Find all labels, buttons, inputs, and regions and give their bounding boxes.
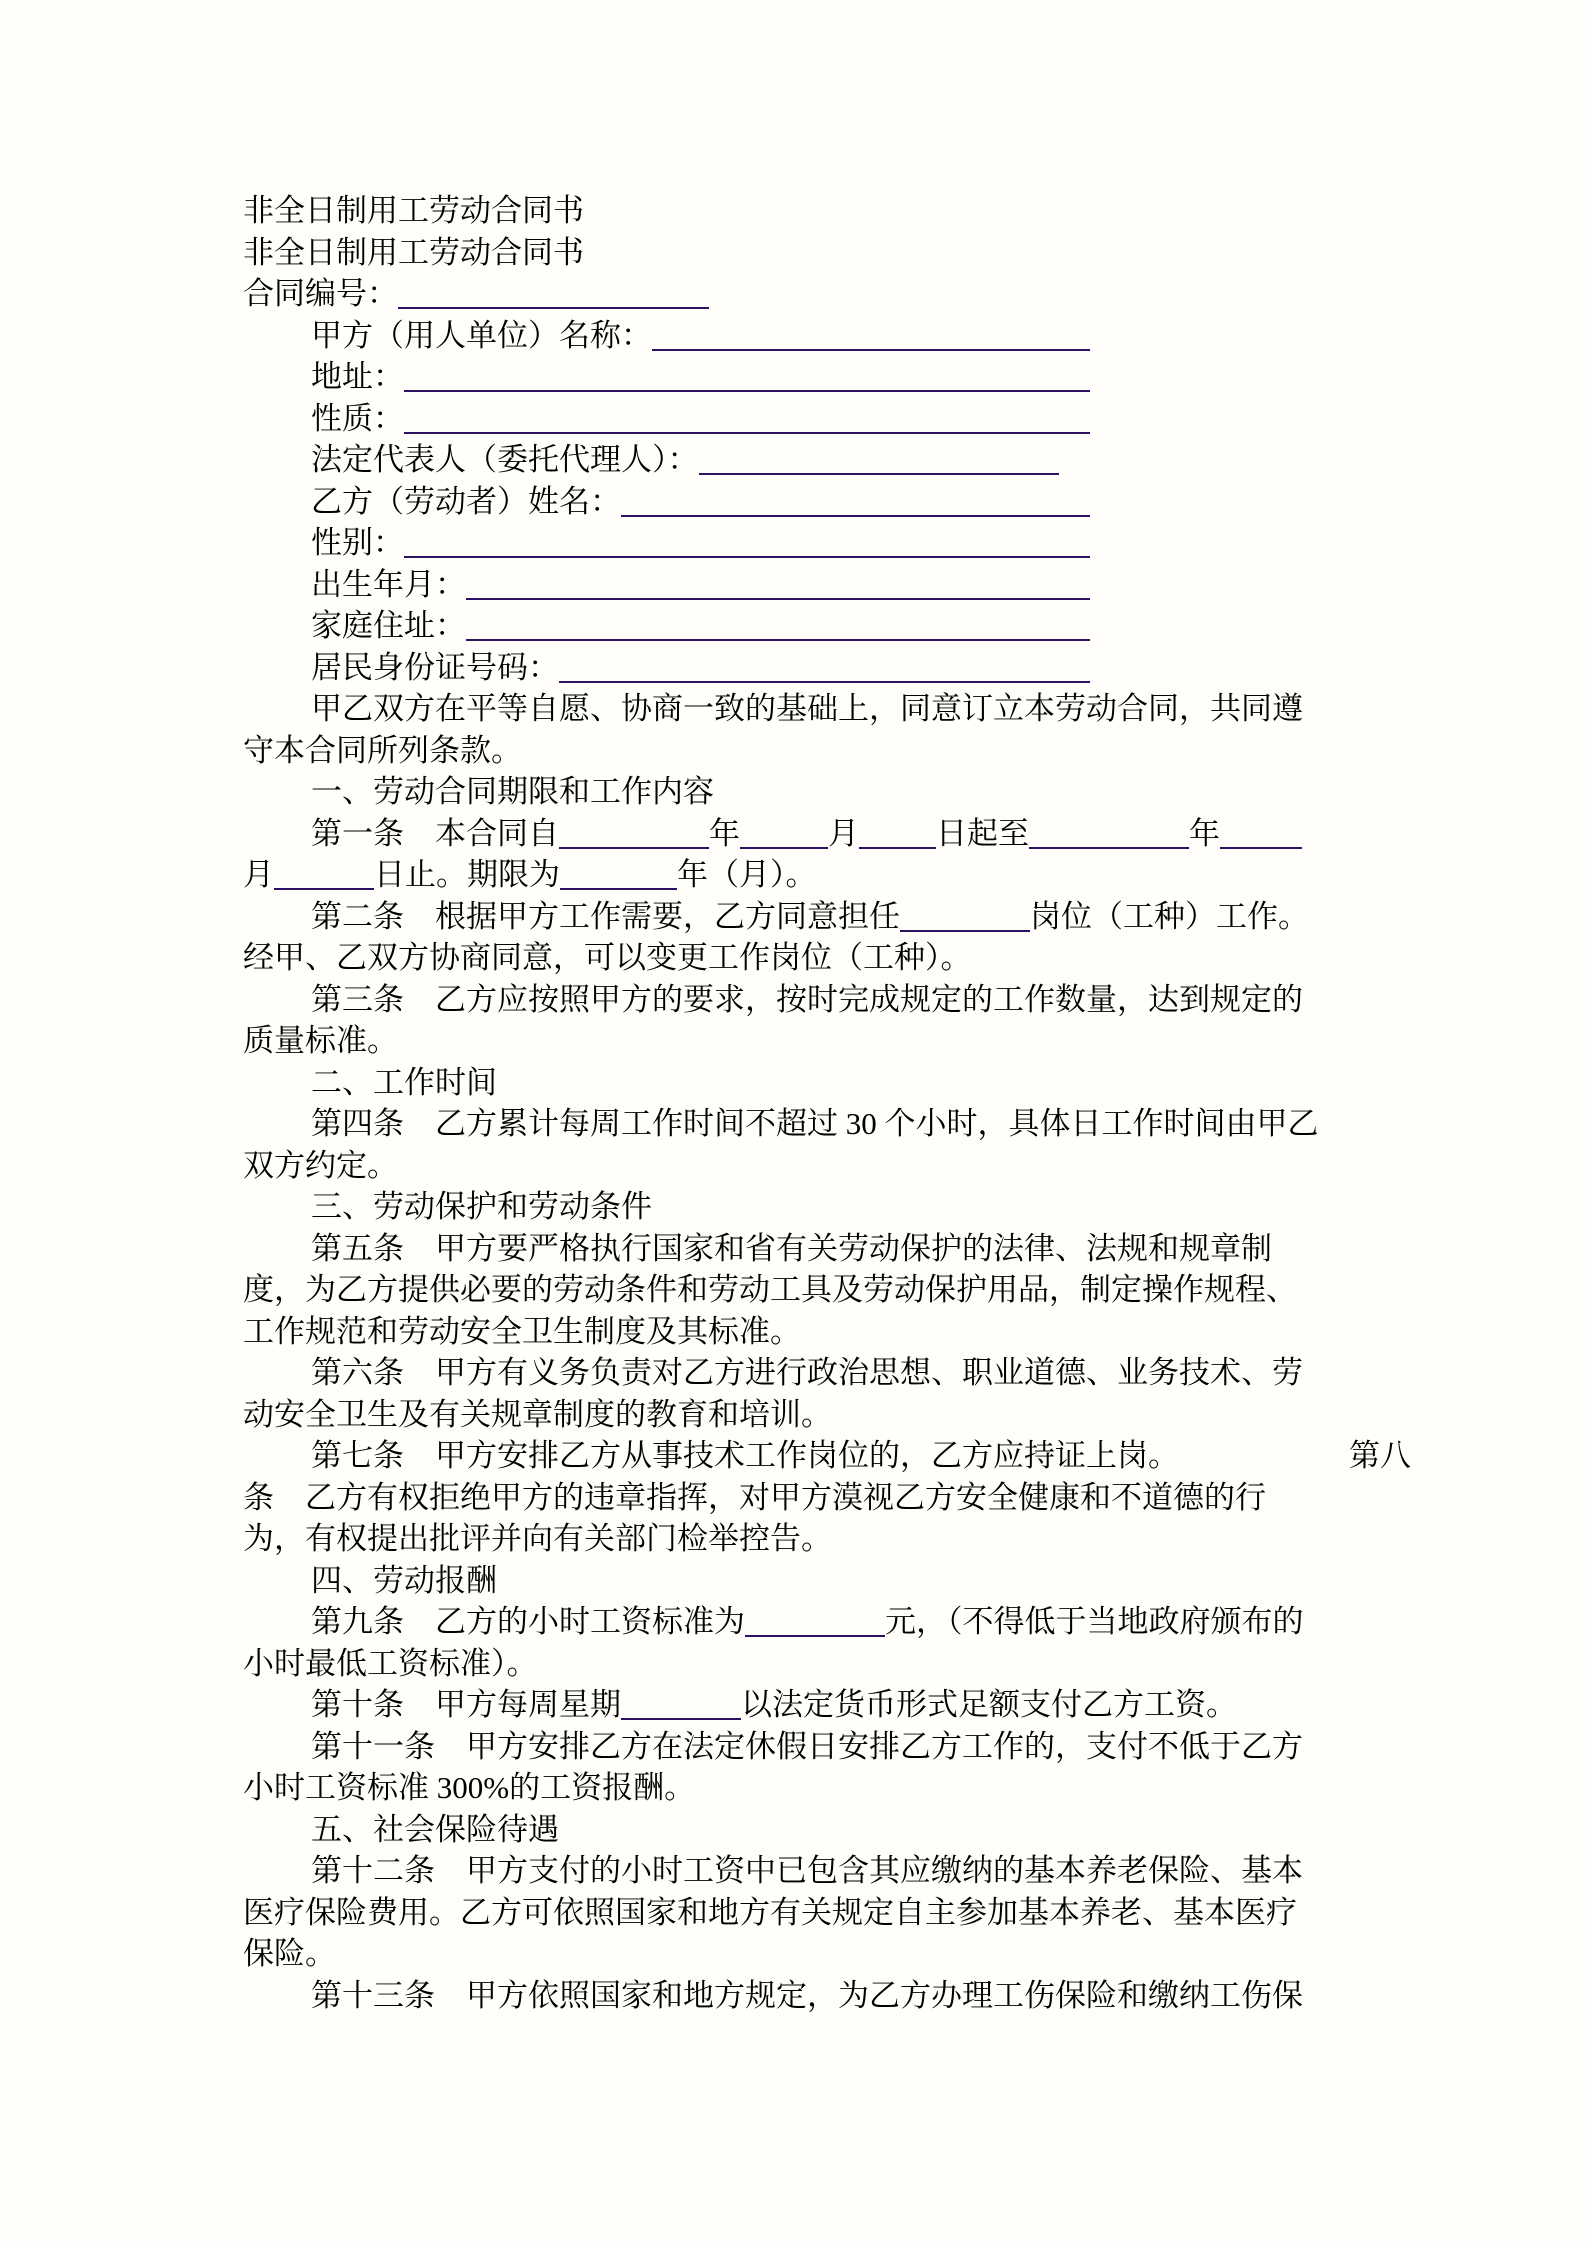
text-run: 年（月）。 (677, 857, 817, 892)
paragraph-line: 经甲、乙双方协商同意，可以变更工作岗位（工种）。 (243, 937, 1353, 979)
text-run: 日起至 (936, 816, 1029, 851)
blank-underline (621, 491, 1090, 517)
paragraph-line: 为，有权提出批评并向有关部门检举控告。 (243, 1518, 1353, 1560)
text-run: 第八 (1349, 1438, 1411, 1473)
paragraph-line: 质量标准。 (243, 1020, 1353, 1062)
text-run: 地址： (311, 359, 404, 394)
field-gender: 性别： (243, 522, 1353, 564)
article-line: 第七条 甲方安排乙方从事技术工作岗位的，乙方应持证上岗。第八 (243, 1435, 1353, 1477)
field-nature: 性质： (243, 398, 1353, 440)
blank-underline (621, 1694, 741, 1720)
paragraph-line: 守本合同所列条款。 (243, 730, 1353, 772)
blank-underline (466, 574, 1090, 600)
text-run: 非全日制用工劳动合同书 (243, 235, 584, 270)
article-line: 第一条 本合同自年月日起至年 (243, 813, 1353, 855)
article-line: 第五条 甲方要严格执行国家和省有关劳动保护的法律、法规和规章制 (243, 1228, 1353, 1270)
paragraph-line: 小时最低工资标准）。 (243, 1643, 1353, 1685)
text-run: 第四条 乙方累计每周工作时间不超过 30 个小时，具体日工作时间由甲乙 (311, 1106, 1319, 1141)
text-run: 度，为乙方提供必要的劳动条件和劳动工具及劳动保护用品，制定操作规程、 (243, 1272, 1297, 1307)
text-run: 以法定货币形式足额支付乙方工资。 (741, 1687, 1237, 1722)
article-line: 第九条 乙方的小时工资标准为元，（不得低于当地政府颁布的 (243, 1601, 1353, 1643)
title-line: 非全日制用工劳动合同书 (243, 190, 1353, 232)
article-line: 第四条 乙方累计每周工作时间不超过 30 个小时，具体日工作时间由甲乙 (243, 1103, 1353, 1145)
document-body: 非全日制用工劳动合同书非全日制用工劳动合同书合同编号：甲方（用人单位）名称：地址… (243, 190, 1353, 2016)
text-run: 医疗保险费用。乙方可依照国家和地方有关规定自主参加基本养老、基本医疗 (243, 1895, 1297, 1930)
field-party-b-name: 乙方（劳动者）姓名： (243, 481, 1353, 523)
article-line: 第十二条 甲方支付的小时工资中已包含其应缴纳的基本养老保险、基本 (243, 1850, 1353, 1892)
text-run: 合同编号： (243, 276, 398, 311)
paragraph-line: 保险。 (243, 1933, 1353, 1975)
blank-underline (560, 864, 677, 890)
contract-page: 非全日制用工劳动合同书非全日制用工劳动合同书合同编号：甲方（用人单位）名称：地址… (0, 0, 1586, 2244)
text-run: 质量标准。 (243, 1023, 398, 1058)
blank-underline (1029, 823, 1189, 849)
paragraph-line: 动安全卫生及有关规章制度的教育和培训。 (243, 1394, 1353, 1436)
text-run: 经甲、乙双方协商同意，可以变更工作岗位（工种）。 (243, 940, 972, 975)
text-run: 守本合同所列条款。 (243, 733, 522, 768)
field-party-a-name: 甲方（用人单位）名称： (243, 315, 1353, 357)
paragraph-line: 双方约定。 (243, 1145, 1353, 1187)
article-line: 月日止。期限为年（月）。 (243, 854, 1353, 896)
text-run: 四、劳动报酬 (311, 1563, 497, 1598)
title-line: 非全日制用工劳动合同书 (243, 232, 1353, 274)
text-run: 一、劳动合同期限和工作内容 (311, 774, 714, 809)
section-heading: 一、劳动合同期限和工作内容 (243, 771, 1353, 813)
text-run: 家庭住址： (311, 608, 466, 643)
text-run: 乙方（劳动者）姓名： (311, 484, 621, 519)
text-run: 第五条 甲方要严格执行国家和省有关劳动保护的法律、法规和规章制 (311, 1231, 1272, 1266)
text-run: 第三条 乙方应按照甲方的要求，按时完成规定的工作数量，达到规定的 (311, 982, 1303, 1017)
blank-underline (859, 823, 936, 849)
blank-underline (404, 366, 1090, 392)
text-run: 性别： (311, 525, 404, 560)
text-run: 非全日制用工劳动合同书 (243, 193, 584, 228)
blank-underline (559, 657, 1090, 683)
blank-underline (404, 532, 1090, 558)
article-line: 第二条 根据甲方工作需要，乙方同意担任岗位（工种）工作。 (243, 896, 1353, 938)
article-line: 第六条 甲方有义务负责对乙方进行政治思想、职业道德、业务技术、劳 (243, 1352, 1353, 1394)
paragraph-line: 小时工资标准 300%的工资报酬。 (243, 1767, 1353, 1809)
text-run: 第一条 本合同自 (311, 816, 559, 851)
blank-underline (900, 906, 1030, 932)
text-run: 法定代表人（委托代理人）： (311, 442, 699, 477)
section-heading: 五、社会保险待遇 (243, 1809, 1353, 1851)
text-run: 月 (243, 857, 274, 892)
blank-underline (1220, 823, 1302, 849)
text-run: 第二条 根据甲方工作需要，乙方同意担任 (311, 899, 900, 934)
text-run: 出生年月： (311, 567, 466, 602)
text-run: 五、社会保险待遇 (311, 1812, 559, 1847)
text-run: 甲乙双方在平等自愿、协商一致的基础上，同意订立本劳动合同，共同遵 (311, 691, 1303, 726)
text-run: 工作规范和劳动安全卫生制度及其标准。 (243, 1314, 801, 1349)
text-run: 二、工作时间 (311, 1065, 497, 1100)
text-run: 日止。期限为 (374, 857, 560, 892)
text-run: 元，（不得低于当地政府颁布的 (885, 1604, 1304, 1639)
text-run: 居民身份证号码： (311, 650, 559, 685)
text-run: 小时工资标准 300%的工资报酬。 (243, 1770, 695, 1805)
text-run: 第十二条 甲方支付的小时工资中已包含其应缴纳的基本养老保险、基本 (311, 1853, 1303, 1888)
text-run: 月 (828, 816, 859, 851)
article-line: 第三条 乙方应按照甲方的要求，按时完成规定的工作数量，达到规定的 (243, 979, 1353, 1021)
wide-space (1179, 1464, 1349, 1466)
text-run: 岗位（工种）工作。 (1030, 899, 1309, 934)
text-run: 第七条 甲方安排乙方从事技术工作岗位的，乙方应持证上岗。 (311, 1438, 1179, 1473)
field-contract-number: 合同编号： (243, 273, 1353, 315)
article-line: 第十三条 甲方依照国家和地方规定，为乙方办理工伤保险和缴纳工伤保 (243, 1975, 1353, 2017)
section-heading: 三、劳动保护和劳动条件 (243, 1186, 1353, 1228)
text-run: 三、劳动保护和劳动条件 (311, 1189, 652, 1224)
document-page-background: { "page": { "background": "#fffefa", "te… (0, 0, 1586, 2244)
text-run: 动安全卫生及有关规章制度的教育和培训。 (243, 1397, 832, 1432)
paragraph-line: 甲乙双方在平等自愿、协商一致的基础上，同意订立本劳动合同，共同遵 (243, 688, 1353, 730)
text-run: 第六条 甲方有义务负责对乙方进行政治思想、职业道德、业务技术、劳 (311, 1355, 1303, 1390)
section-heading: 四、劳动报酬 (243, 1560, 1353, 1602)
text-run: 第九条 乙方的小时工资标准为 (311, 1604, 745, 1639)
blank-underline (740, 823, 828, 849)
paragraph-line: 条 乙方有权拒绝甲方的违章指挥，对甲方漠视乙方安全健康和不道德的行 (243, 1477, 1353, 1519)
blank-underline (398, 283, 709, 309)
blank-underline (652, 325, 1090, 351)
text-run: 为，有权提出批评并向有关部门检举控告。 (243, 1521, 832, 1556)
text-run: 保险。 (243, 1936, 336, 1971)
section-heading: 二、工作时间 (243, 1062, 1353, 1104)
text-run: 年 (1189, 816, 1220, 851)
blank-underline (745, 1611, 885, 1637)
text-run: 第十三条 甲方依照国家和地方规定，为乙方办理工伤保险和缴纳工伤保 (311, 1978, 1303, 2013)
article-line: 第十条 甲方每周星期以法定货币形式足额支付乙方工资。 (243, 1684, 1353, 1726)
field-home-address: 家庭住址： (243, 605, 1353, 647)
paragraph-line: 工作规范和劳动安全卫生制度及其标准。 (243, 1311, 1353, 1353)
text-run: 条 乙方有权拒绝甲方的违章指挥，对甲方漠视乙方安全健康和不道德的行 (243, 1480, 1266, 1515)
text-run: 第十条 甲方每周星期 (311, 1687, 621, 1722)
blank-underline (404, 408, 1090, 434)
field-id-number: 居民身份证号码： (243, 647, 1353, 689)
blank-underline (559, 823, 709, 849)
blank-underline (699, 449, 1059, 475)
blank-underline (466, 615, 1090, 641)
blank-underline (274, 864, 374, 890)
text-run: 双方约定。 (243, 1148, 398, 1183)
paragraph-line: 医疗保险费用。乙方可依照国家和地方有关规定自主参加基本养老、基本医疗 (243, 1892, 1353, 1934)
field-legal-representative: 法定代表人（委托代理人）： (243, 439, 1353, 481)
text-run: 第十一条 甲方安排乙方在法定休假日安排乙方工作的，支付不低于乙方 (311, 1729, 1303, 1764)
paragraph-line: 度，为乙方提供必要的劳动条件和劳动工具及劳动保护用品，制定操作规程、 (243, 1269, 1353, 1311)
text-run: 性质： (311, 401, 404, 436)
field-address: 地址： (243, 356, 1353, 398)
text-run: 甲方（用人单位）名称： (311, 318, 652, 353)
article-line: 第十一条 甲方安排乙方在法定休假日安排乙方工作的，支付不低于乙方 (243, 1726, 1353, 1768)
field-birth-date: 出生年月： (243, 564, 1353, 606)
text-run: 年 (709, 816, 740, 851)
text-run: 小时最低工资标准）。 (243, 1646, 538, 1681)
